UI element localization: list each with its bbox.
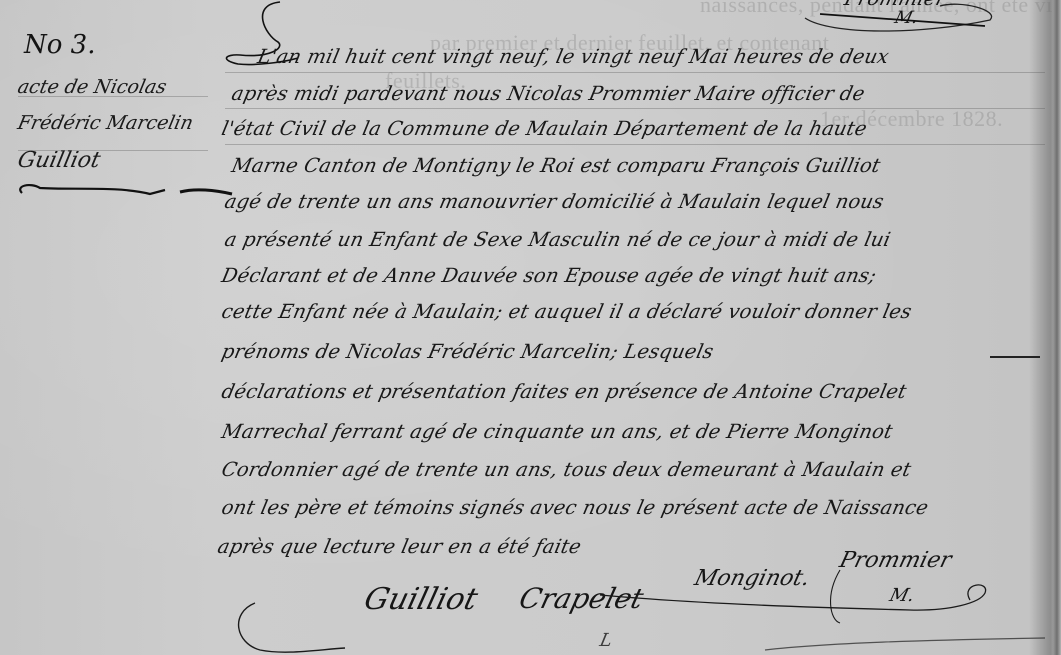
- margin-separator-flourish-icon: [10, 178, 235, 203]
- record-line-3: l'état Civil de la Commune de Maulain Dé…: [220, 117, 870, 140]
- record-line-4: Marne Canton de Montigny le Roi est comp…: [230, 154, 883, 177]
- margin-line-1: acte de Nicolas: [16, 76, 169, 98]
- record-line-1: L'an mil huit cent vingt neuf, le vingt …: [256, 45, 892, 68]
- record-line-2: après midi pardevant nous Nicolas Prommi…: [230, 82, 867, 105]
- scanned-register-page: naissances, pendant l'année, ont été vin…: [0, 0, 1061, 655]
- ruled-line: [225, 144, 1045, 145]
- record-line-13: ont les père et témoins signés avec nous…: [220, 496, 931, 519]
- record-line-7: Déclarant et de Anne Dauvée son Epouse a…: [220, 264, 879, 287]
- signature-flourish-icon: [800, 0, 1000, 45]
- record-line-10: déclarations et présentation faites en p…: [220, 380, 909, 403]
- ruled-line: [225, 108, 1045, 109]
- next-entry-initial-flourish-icon: [225, 598, 1055, 655]
- record-line-11: Marrechal ferrant agé de cinquante un an…: [220, 420, 895, 443]
- entry-number: No 3.: [24, 30, 95, 60]
- record-line-5: agé de trente un ans manouvrier domicili…: [223, 190, 887, 213]
- record-line-14: après que lecture leur en a été faite: [216, 535, 584, 558]
- margin-ruled-line: [18, 96, 208, 97]
- record-line-6: a présenté un Enfant de Sexe Masculin né…: [223, 228, 893, 251]
- binding-edge: [1053, 0, 1061, 655]
- record-line-12: Cordonnier agé de trente un ans, tous de…: [220, 458, 914, 481]
- margin-line-2: Frédéric Marcelin: [16, 112, 196, 134]
- margin-ruled-line: [18, 150, 208, 151]
- margin-line-3: Guilliot: [15, 148, 102, 173]
- record-line-9: prénoms de Nicolas Frédéric Marcelin; Le…: [220, 340, 716, 363]
- ruled-line: [225, 72, 1045, 73]
- line-end-dash: [990, 356, 1040, 358]
- record-line-8: cette Enfant née à Maulain; et auquel il…: [220, 300, 914, 323]
